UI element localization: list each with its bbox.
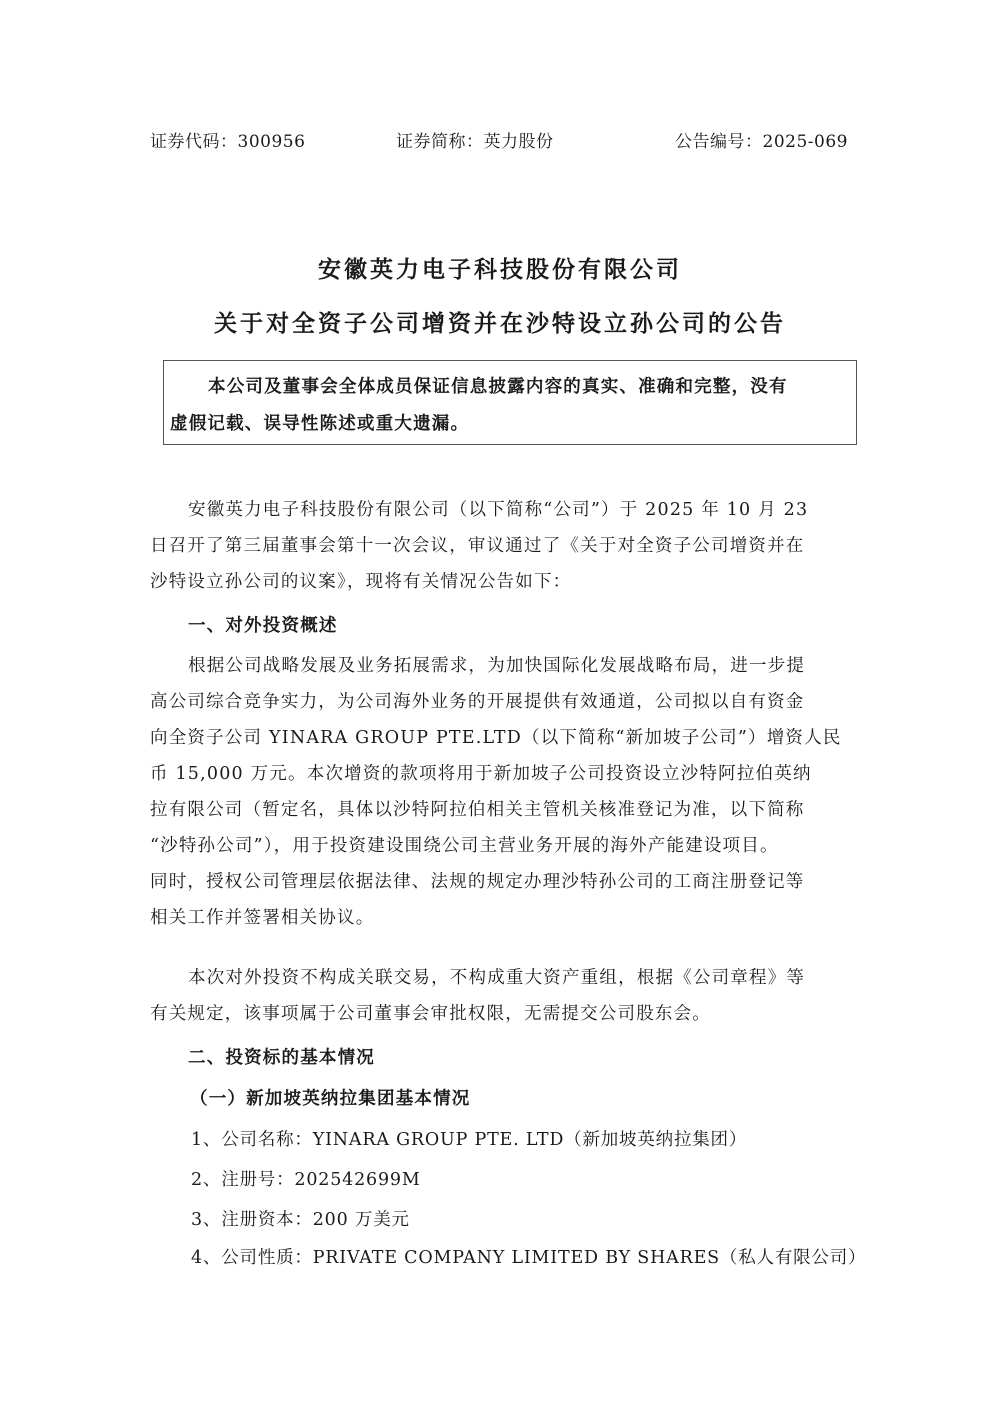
disclosure-notice-box: 本公司及董事会全体成员保证信息披露内容的真实、准确和完整，没有 虚假记载、误导性… <box>163 360 857 445</box>
paragraph-line: 有关规定，该事项属于公司董事会审批权限，无需提交公司股东会。 <box>150 996 850 1032</box>
info-item-registered-capital: 3、注册资本：200 万美元 <box>191 1206 410 1231</box>
paragraph-line: 高公司综合竞争实力，为公司海外业务的开展提供有效通道，公司拟以自有资金 <box>150 684 850 720</box>
intro-line: 沙特设立孙公司的议案》，现将有关情况公告如下： <box>150 564 850 600</box>
section-1-paragraph-2: 本次对外投资不构成关联交易，不构成重大资产重组，根据《公司章程》等 有关规定，该… <box>150 960 850 1032</box>
notice-line-2: 虚假记载、误导性陈述或重大遗漏。 <box>170 406 850 443</box>
section-2-subheading-1: （一）新加坡英纳拉集团基本情况 <box>190 1085 471 1110</box>
paragraph-line: 拉有限公司（暂定名，具体以沙特阿拉伯相关主管机关核准登记为准，以下简称 <box>150 792 850 828</box>
paragraph-line: 向全资子公司 YINARA GROUP PTE.LTD（以下简称“新加坡子公司”… <box>150 720 850 756</box>
document-page: 证券代码：300956 证券简称：英力股份 公告编号：2025-069 安徽英力… <box>0 0 1000 1414</box>
intro-line: 安徽英力电子科技股份有限公司（以下简称“公司”）于 2025 年 10 月 23 <box>150 492 850 528</box>
section-2-heading: 二、投资标的基本情况 <box>188 1044 375 1069</box>
announcement-header: 证券代码：300956 证券简称：英力股份 公告编号：2025-069 <box>150 127 850 157</box>
paragraph-line: 币 15,000 万元。本次增资的款项将用于新加坡子公司投资设立沙特阿拉伯英纳 <box>150 756 850 792</box>
section-1-heading: 一、对外投资概述 <box>188 612 338 637</box>
info-item-company-type: 4、公司性质：PRIVATE COMPANY LIMITED BY SHARES… <box>191 1244 866 1269</box>
notice-line-1: 本公司及董事会全体成员保证信息披露内容的真实、准确和完整，没有 <box>170 369 850 406</box>
section-1-paragraph-1: 根据公司战略发展及业务拓展需求，为加快国际化发展战略布局，进一步提 高公司综合竞… <box>150 648 850 936</box>
paragraph-line: 本次对外投资不构成关联交易，不构成重大资产重组，根据《公司章程》等 <box>150 960 850 996</box>
paragraph-line: 相关工作并签署相关协议。 <box>150 900 850 936</box>
info-item-company-name: 1、公司名称：YINARA GROUP PTE. LTD（新加坡英纳拉集团） <box>191 1126 747 1151</box>
stock-code: 证券代码：300956 <box>150 127 305 152</box>
intro-paragraph: 安徽英力电子科技股份有限公司（以下简称“公司”）于 2025 年 10 月 23… <box>150 492 850 600</box>
intro-line: 日召开了第三届董事会第十一次会议，审议通过了《关于对全资子公司增资并在 <box>150 528 850 564</box>
paragraph-line: 根据公司战略发展及业务拓展需求，为加快国际化发展战略布局，进一步提 <box>150 648 850 684</box>
paragraph-line: 同时，授权公司管理层依据法律、法规的规定办理沙特孙公司的工商注册登记等 <box>150 864 850 900</box>
company-title: 安徽英力电子科技股份有限公司 <box>0 251 1000 284</box>
stock-short-name: 证券简称：英力股份 <box>396 127 554 152</box>
info-item-registration-no: 2、注册号：202542699M <box>191 1166 421 1191</box>
announcement-number: 公告编号：2025-069 <box>675 127 848 152</box>
announcement-title: 关于对全资子公司增资并在沙特设立孙公司的公告 <box>0 305 1000 338</box>
paragraph-line: “沙特孙公司”），用于投资建设围绕公司主营业务开展的海外产能建设项目。 <box>150 828 850 864</box>
